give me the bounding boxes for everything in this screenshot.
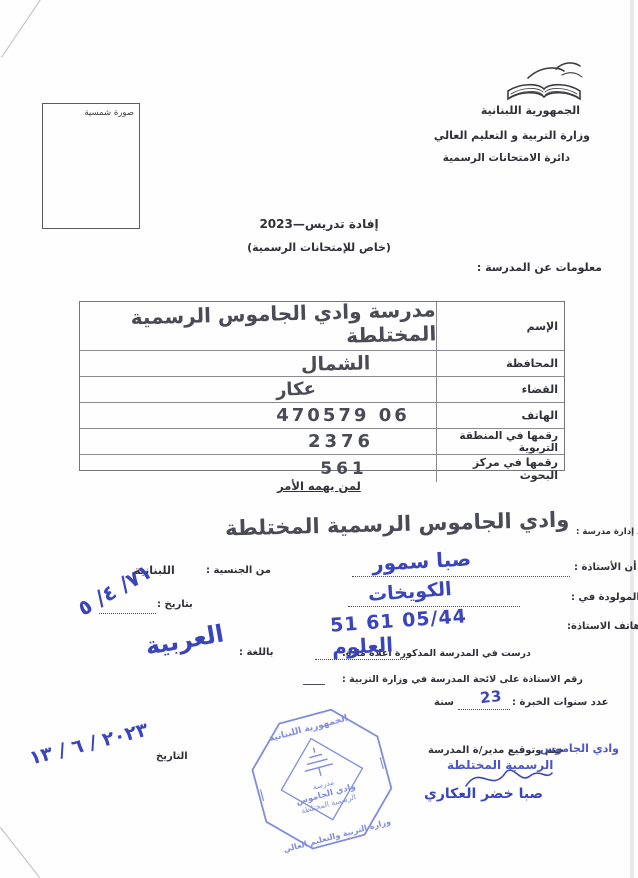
concern-heading: لمن يهمه الأمر <box>0 479 638 493</box>
roster-number-label: رقم الاستاذة على لائحة المدرسة في وزارة … <box>342 674 583 685</box>
date-label: التاريخ <box>156 751 188 762</box>
nationality-label: من الجنسية : <box>206 565 271 576</box>
roster-number-dash <box>303 684 325 685</box>
table-row-name: الإسم مدرسة وادي الجاموس الرسمية المختلط… <box>80 302 564 351</box>
header-ministry: وزارة التربية و التعليم العالي <box>434 129 590 142</box>
document-title: إفادة تدريس—2023 <box>0 217 638 231</box>
handwritten-school-name: مدرسة وادي الجاموس الرسمية المختلطة <box>79 297 436 354</box>
scan-corner-line-top <box>1 0 41 58</box>
table-row-research-number: رقمها في مركز البحوث 561 <box>80 455 564 482</box>
header-republic: الجمهورية اللبنانية <box>481 104 580 117</box>
language-label: باللغة : <box>239 647 274 658</box>
document-subtitle: (خاص للإمتحانات الرسمية) <box>0 241 638 254</box>
principal-name: صبا خضر العكاري <box>424 786 543 802</box>
handwritten-district: عكار <box>276 378 317 400</box>
handwritten-research-number: 561 <box>320 459 368 479</box>
handwritten-phone: 06 470579 <box>276 405 410 426</box>
handwritten-governorate: الشمال <box>301 352 371 375</box>
birthdate-label: بتاريخ : <box>157 599 193 610</box>
signature-stamp-line1: وادي الجاموس <box>540 742 619 755</box>
scan-corner-line-bottom <box>0 827 40 878</box>
handwritten-teacher-phone: 05/44 61 51 <box>329 605 467 637</box>
table-row-district: القضاء عكار <box>80 377 564 403</box>
experience-suffix: سنة <box>434 697 454 708</box>
ministry-book-logo <box>498 60 590 110</box>
table-row-governorate: المحافظة الشمال <box>80 351 564 377</box>
row-label-phone: الهاتف <box>436 403 564 428</box>
photo-box-label: صورة شمسية <box>84 108 134 118</box>
handwritten-subject: العلوم <box>331 632 393 659</box>
table-row-phone: الهاتف 06 470579 <box>80 403 564 429</box>
stamp-ring-top-text: الجمهورية اللبنانية <box>268 714 349 745</box>
handwritten-language: العربية <box>143 619 226 660</box>
handwritten-experience-years: 23 <box>479 687 503 707</box>
header-exams-dept: دائرة الامتحانات الرسمية <box>443 152 570 164</box>
stamp-ring-bottom-text: وزارة التربية والتعليم العالي <box>282 817 391 854</box>
school-admin-label: تفيد إدارة مدرسة : <box>576 527 638 537</box>
table-row-region-number: رقمها في المنطقة التربوية 2376 <box>80 429 564 455</box>
school-info-table: الإسم مدرسة وادي الجاموس الرسمية المختلط… <box>79 301 565 471</box>
row-label-name: الإسم <box>436 302 564 350</box>
teaching-certificate-document: الجمهورية اللبنانية وزارة التربية و التع… <box>0 0 638 878</box>
photo-box: صورة شمسية <box>42 103 140 229</box>
handwritten-date: ٢٠٢٣ / ٦ / ١٣ <box>27 719 150 770</box>
handwritten-school-admin-name: وادي الجاموس الرسمية المختلطة <box>225 507 570 540</box>
teacher-phone-label: هاتف الاستاذة: <box>567 621 638 632</box>
row-label-region-number: رقمها في المنطقة التربوية <box>436 429 564 454</box>
official-school-stamp: الجمهورية اللبنانية مدرسة وادي الجاموس ا… <box>224 688 421 871</box>
handwritten-region-number: 2376 <box>308 431 374 452</box>
school-info-heading: معلومات عن المدرسة : <box>477 261 602 274</box>
scan-edge-shadow <box>630 0 634 878</box>
birthplace-label: والمولودة في : <box>571 592 638 603</box>
row-label-research-number: رقمها في مركز البحوث <box>436 455 564 482</box>
experience-label: عدد سنوات الخبرة : <box>512 697 608 708</box>
row-label-governorate: المحافظة <box>436 351 564 376</box>
row-label-district: القضاء <box>436 377 564 402</box>
teacher-label: أن الأستاذة : <box>574 562 637 573</box>
